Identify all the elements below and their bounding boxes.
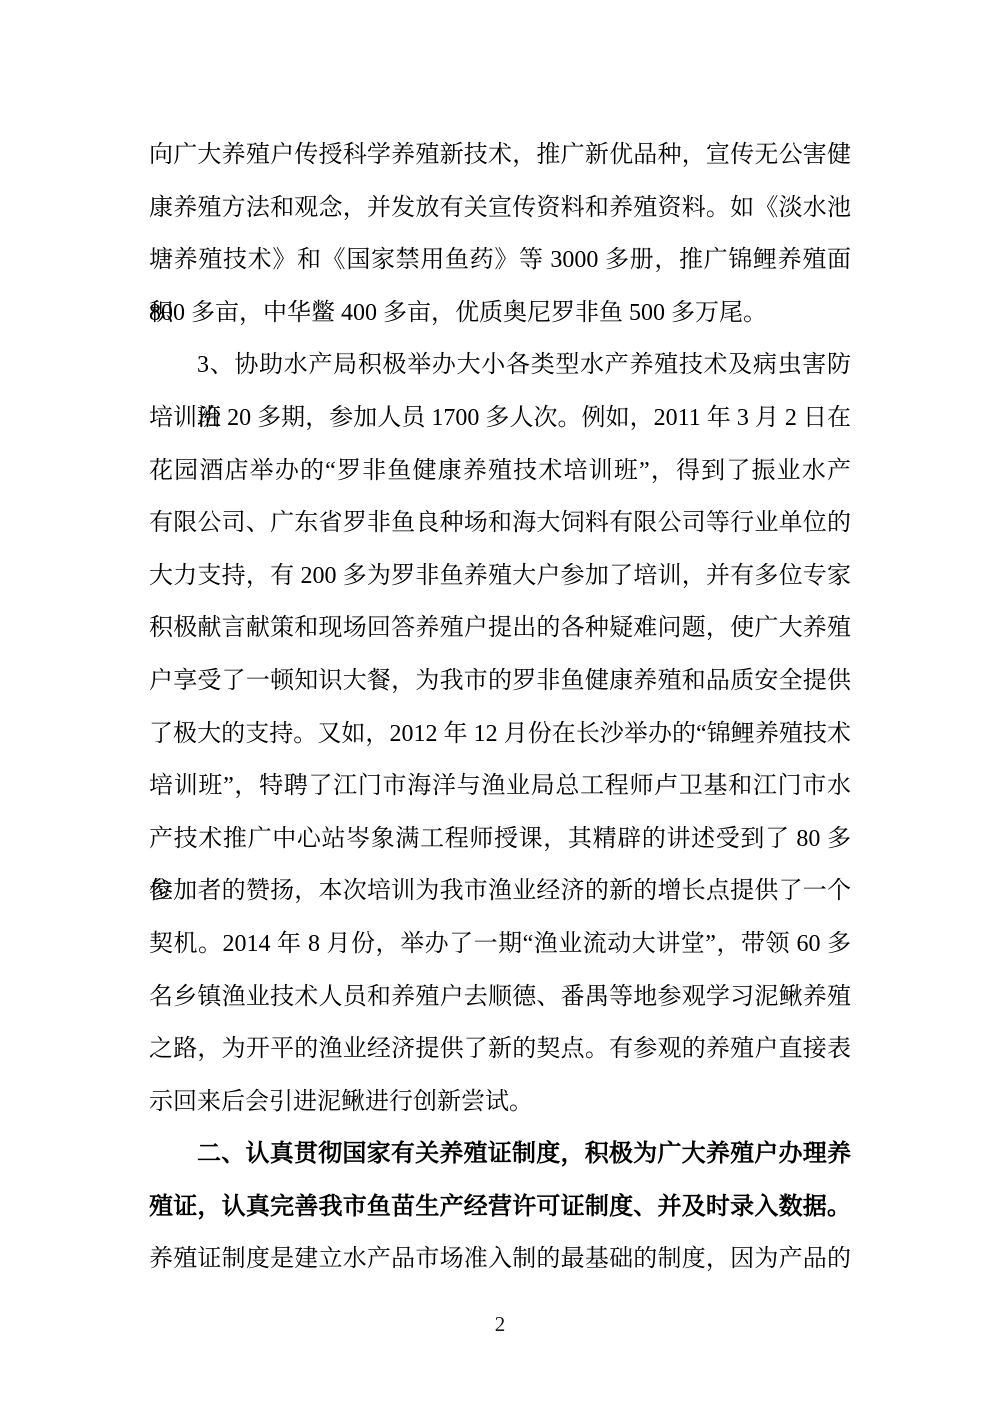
text-line: 户享受了一顿知识大餐，为我市的罗非鱼健康养殖和品质安全提供	[149, 655, 851, 708]
text-line: 契机。2014 年 8 月份，举办了一期“渔业流动大讲堂”，带领 60 多	[149, 918, 851, 971]
text-line: 花园酒店举办的“罗非鱼健康养殖技术培训班”，得到了振业水产	[149, 445, 851, 498]
text-line: 参加者的赞扬，本次培训为我市渔业经济的新的增长点提供了一个	[149, 865, 851, 918]
text-line: 培训班”，特聘了江门市海洋与渔业局总工程师卢卫基和江门市水	[149, 760, 851, 813]
text-line: 产技术推广中心站岑象满工程师授课，其精辟的讲述受到了 80 多位	[149, 813, 851, 866]
text-line: 康养殖方法和观念，并发放有关宣传资料和养殖资料。如《淡水池	[149, 182, 851, 235]
text-line: 大力支持，有 200 多为罗非鱼养殖大户参加了培训，并有多位专家	[149, 550, 851, 603]
text-line: 养殖证制度是建立水产品市场准入制的最基础的制度，因为产品的	[149, 1233, 851, 1286]
text-line: 塘养殖技术》和《国家禁用鱼药》等 3000 多册，推广锦鲤养殖面积	[149, 234, 851, 287]
text-line: 培训班 20 多期，参加人员 1700 多人次。例如，2011 年 3 月 2 …	[149, 392, 851, 445]
page-number: 2	[0, 1312, 1000, 1337]
text-line: 之路，为开平的渔业经济提供了新的契点。有参观的养殖户直接表	[149, 1023, 851, 1076]
text-line: 3、协助水产局积极举办大小各类型水产养殖技术及病虫害防治	[149, 339, 851, 392]
text-line: 了极大的支持。又如，2012 年 12 月份在长沙举办的“锦鲤养殖技术	[149, 708, 851, 761]
text-line: 名乡镇渔业技术人员和养殖户去顺德、番禺等地参观学习泥鳅养殖	[149, 971, 851, 1024]
document-body: 向广大养殖户传授科学养殖新技术，推广新优品种，宣传无公害健康养殖方法和观念，并发…	[149, 129, 851, 1286]
text-line: 积极献言献策和现场回答养殖户提出的各种疑难问题，使广大养殖	[149, 602, 851, 655]
text-line: 800 多亩，中华鳖 400 多亩，优质奥尼罗非鱼 500 多万尾。	[149, 287, 851, 340]
text-line: 向广大养殖户传授科学养殖新技术，推广新优品种，宣传无公害健	[149, 129, 851, 182]
document-page: 向广大养殖户传授科学养殖新技术，推广新优品种，宣传无公害健康养殖方法和观念，并发…	[0, 0, 1000, 1415]
text-line: 二、认真贯彻国家有关养殖证制度，积极为广大养殖户办理养	[149, 1128, 851, 1181]
text-line: 殖证，认真完善我市鱼苗生产经营许可证制度、并及时录入数据。	[149, 1181, 851, 1234]
text-line: 示回来后会引进泥鳅进行创新尝试。	[149, 1076, 851, 1129]
text-line: 有限公司、广东省罗非鱼良种场和海大饲料有限公司等行业单位的	[149, 497, 851, 550]
